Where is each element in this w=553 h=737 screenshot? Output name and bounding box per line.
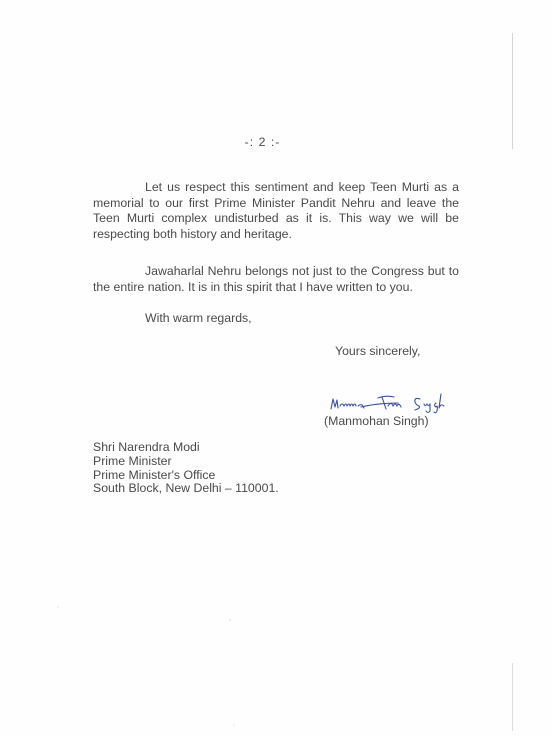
scan-speck [233,724,235,726]
paragraph-2-text: Jawaharlal Nehru belongs not just to the… [93,264,459,294]
recipient-location: South Block, New Delhi – 110001. [93,482,279,496]
paragraph-1: Let us respect this sentiment and keep T… [93,180,459,243]
letter-page: -: 2 :- Let us respect this sentiment an… [0,0,553,737]
sign-off: Yours sincerely, [335,344,420,358]
recipient-office: Prime Minister's Office [93,469,279,483]
page-number: -: 2 :- [0,135,525,149]
recipient-name: Shri Narendra Modi [93,441,279,455]
closing-salutation: With warm regards, [145,311,252,325]
page-edge-line-top [512,33,513,149]
scan-speck [229,619,231,621]
recipient-address: Shri Narendra Modi Prime Minister Prime … [93,441,279,496]
handwritten-signature [328,391,450,415]
paragraph-2: Jawaharlal Nehru belongs not just to the… [93,264,459,295]
signer-name: (Manmohan Singh) [324,414,429,428]
recipient-title: Prime Minister [93,455,279,469]
paragraph-1-text: Let us respect this sentiment and keep T… [93,180,459,241]
page-edge-line-bottom [512,663,513,731]
scan-speck [57,606,59,608]
